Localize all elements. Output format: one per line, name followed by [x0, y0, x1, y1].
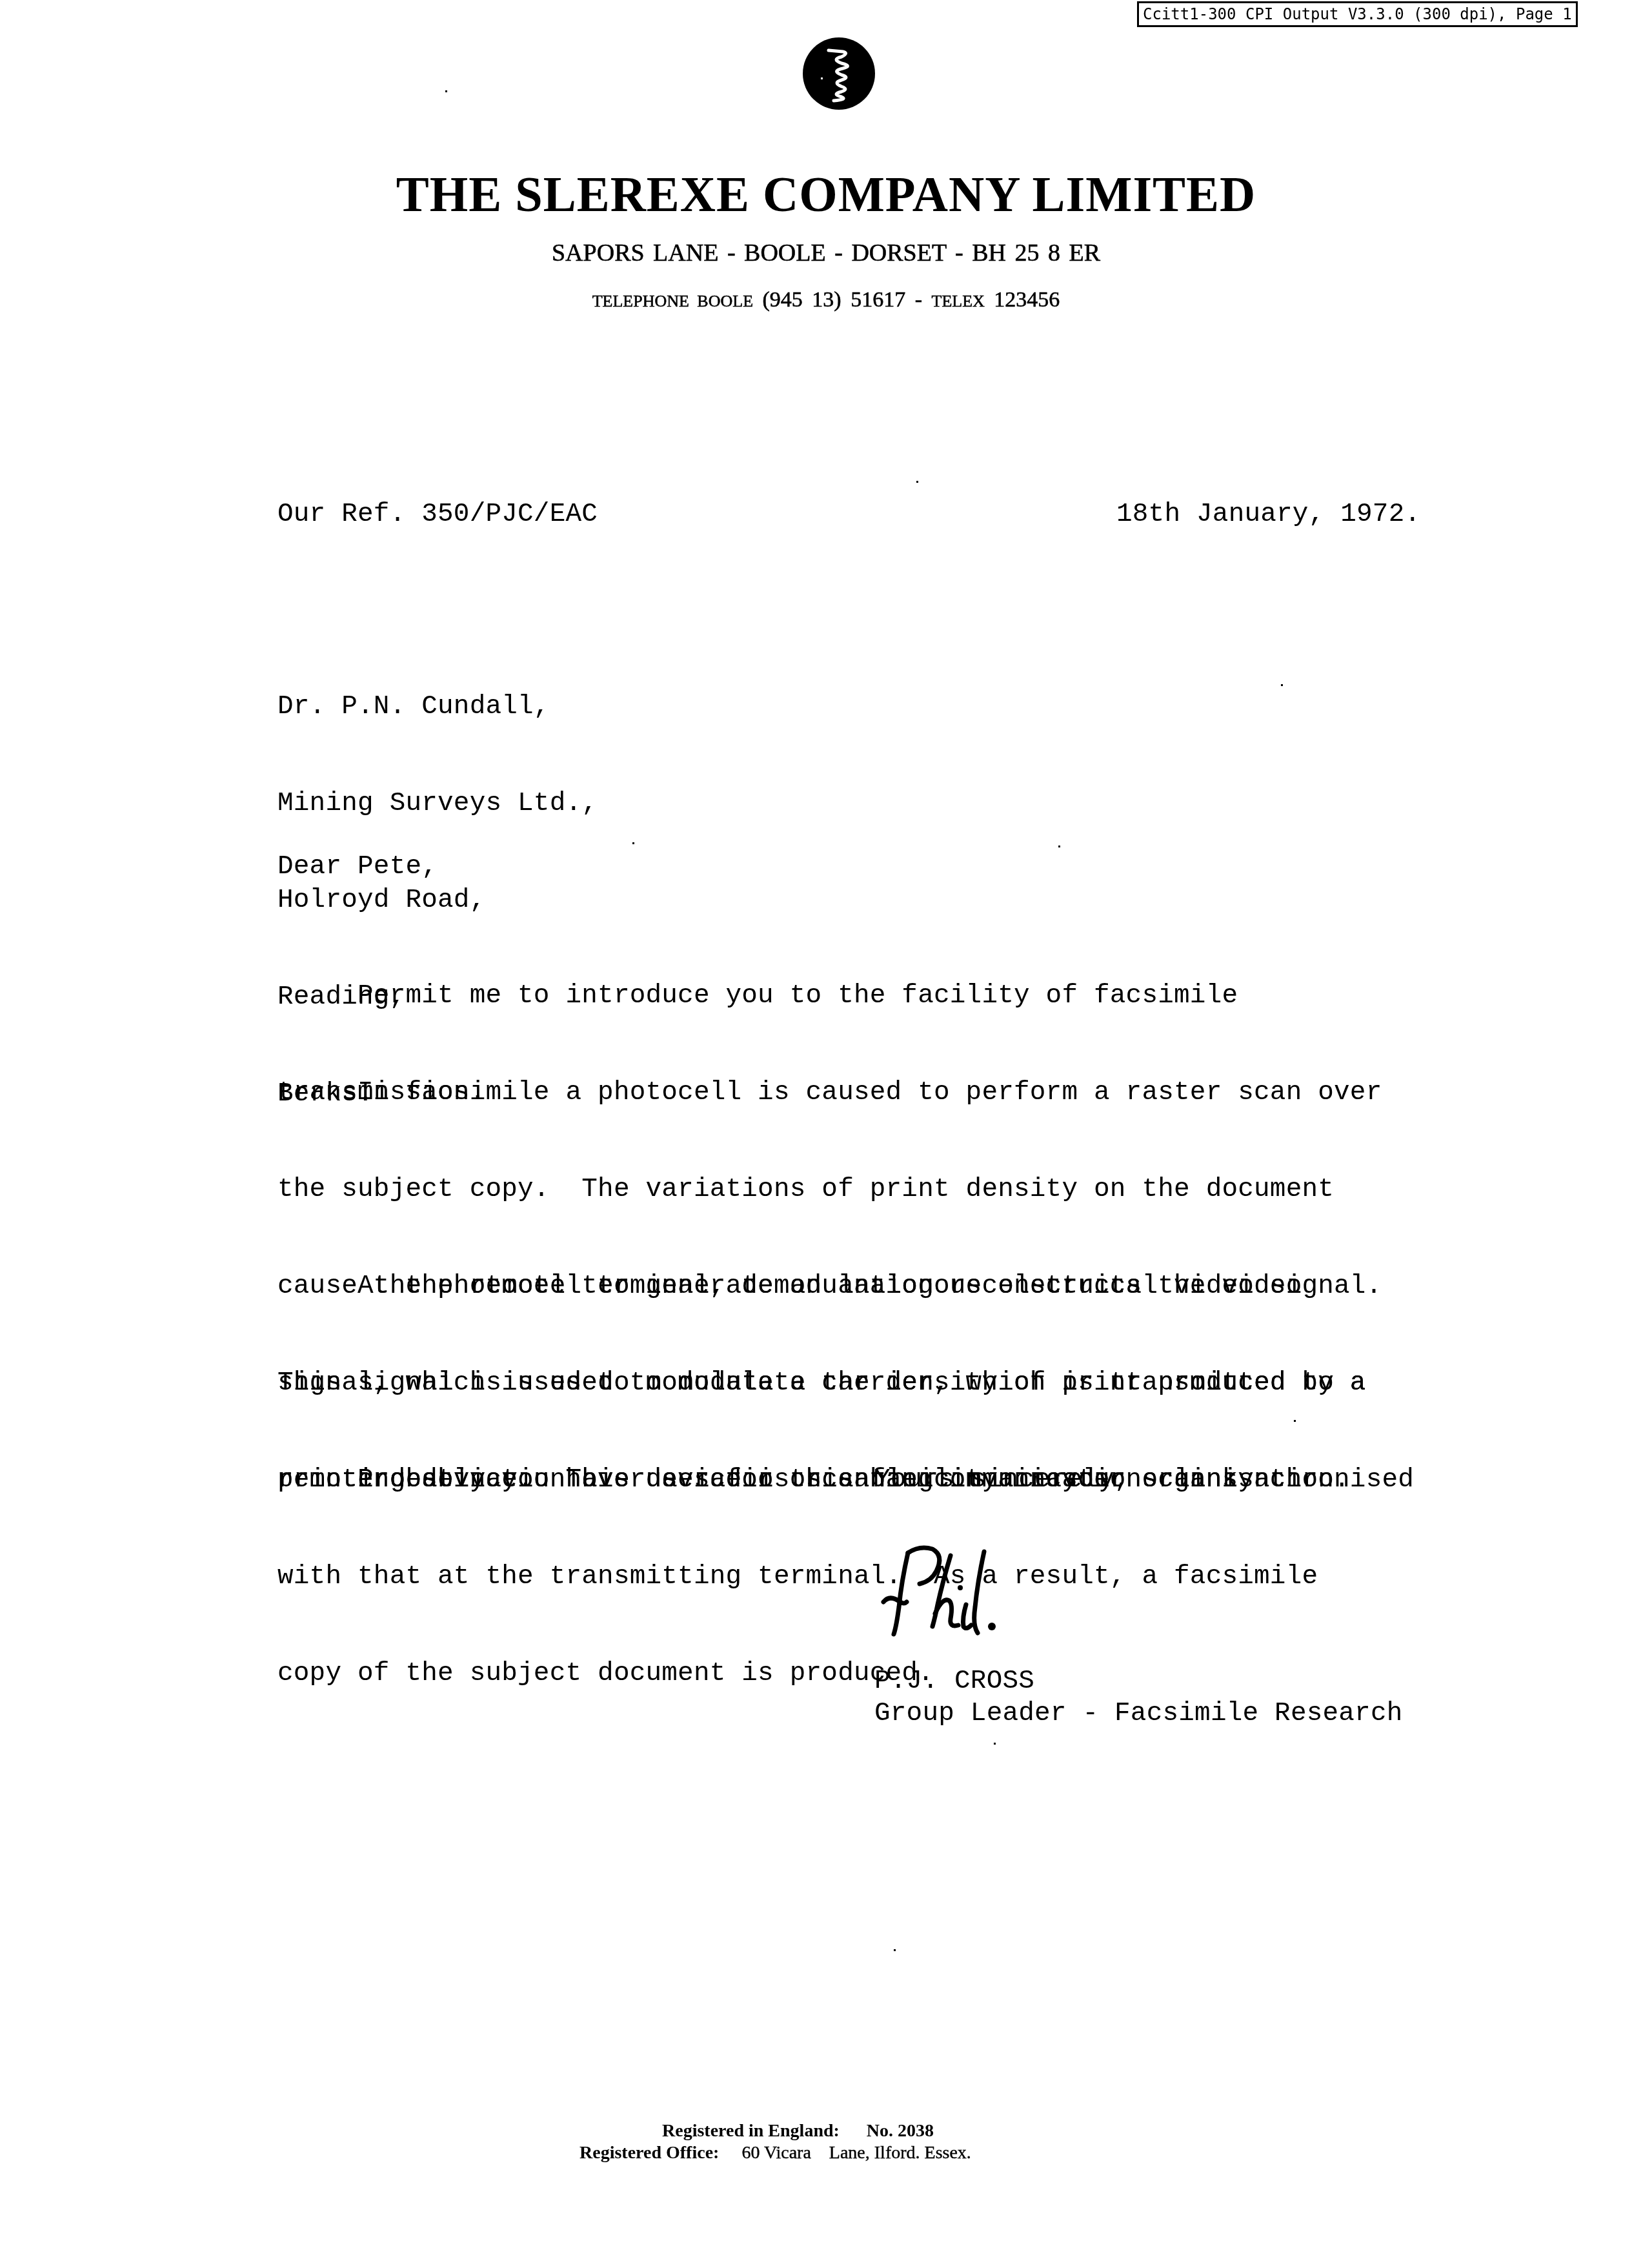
scan-speck: [1294, 1420, 1296, 1422]
signature-phil-icon: [868, 1543, 1100, 1659]
scan-speck: [894, 1949, 896, 1951]
company-contact: TELEPHONE BOOLE (945 13) 51617 - TELEX 1…: [0, 288, 1652, 312]
paragraph-line: copy of the subject document is produced…: [277, 1657, 1414, 1690]
body-paragraph: Probably you have uses for this facility…: [277, 1399, 1350, 1528]
phone-label: TELEPHONE BOOLE: [592, 292, 753, 310]
scan-speck: [445, 90, 447, 92]
address-line: Holroyd Road,: [277, 884, 598, 917]
paragraph-line: signal, which is used to modulate the de…: [277, 1367, 1414, 1399]
phone-number: (945 13) 51617: [763, 288, 906, 312]
handwritten-signature: [868, 1543, 1100, 1659]
paragraph-line: Permit me to introduce you to the facili…: [277, 980, 1238, 1012]
registration-label: Registered in England:: [662, 2121, 840, 2141]
fax-output-header: Ccitt1-300 CPI Output V3.3.0 (300 dpi), …: [1137, 1, 1578, 27]
salutation: Dear Pete,: [277, 851, 438, 883]
letter-date: 18th January, 1972.: [1116, 498, 1420, 531]
paragraph-line: with that at the transmitting terminal. …: [277, 1561, 1414, 1593]
office-address-part2: Lane, Ilford. Essex.: [829, 2143, 971, 2163]
waveform-icon: [803, 37, 875, 110]
office-label: Registered Office:: [579, 2143, 719, 2163]
scan-speck: [1281, 684, 1283, 686]
footer-registration: Registered in England: No. 2038: [662, 2121, 934, 2142]
paragraph-line: At the remote terminal, demodulation rec…: [277, 1270, 1414, 1302]
address-line: Dr. P.N. Cundall,: [277, 691, 598, 723]
contact-separator: -: [915, 288, 922, 312]
company-name: THE SLEREXE COMPANY LIMITED: [17, 165, 1636, 223]
scan-speck: [994, 1743, 996, 1745]
scan-speck: [916, 481, 918, 483]
letter-reference: Our Ref. 350/PJC/EAC: [277, 498, 598, 531]
footer-registered-office: Registered Office: 60 Vicara Lane, Ilfor…: [579, 2143, 971, 2163]
scan-speck: [632, 842, 634, 844]
signer-title: Group Leader - Facsimile Research: [874, 1697, 1403, 1730]
company-logo-icon: [803, 37, 875, 110]
paragraph-line: In facsimile a photocell is caused to pe…: [277, 1077, 1382, 1109]
scan-speck: [1058, 846, 1060, 847]
signer-name: P.J. CROSS: [874, 1665, 1034, 1697]
company-address: SAPORS LANE - BOOLE - DORSET - BH 25 8 E…: [0, 239, 1652, 267]
registration-number: No. 2038: [867, 2121, 934, 2141]
office-address-part1: 60 Vicara: [741, 2143, 811, 2163]
address-line: Mining Surveys Ltd.,: [277, 787, 598, 820]
paragraph-line: the subject copy. The variations of prin…: [277, 1173, 1382, 1206]
closing: Yours sincerely,: [874, 1464, 1131, 1496]
paragraph-line: Probably you have uses for this facility…: [277, 1464, 1350, 1496]
telex-label: TELEX: [932, 292, 985, 310]
telex-number: 123456: [994, 288, 1060, 312]
